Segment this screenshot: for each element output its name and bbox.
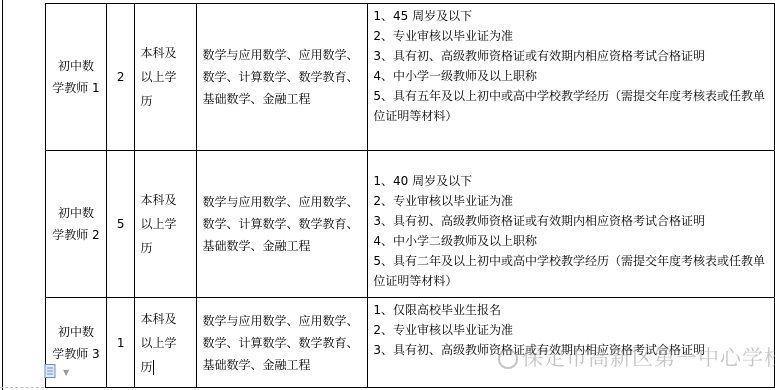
text-cursor: [153, 360, 154, 375]
education-cell[interactable]: 本科及 以上学 历: [135, 4, 197, 151]
majors-line: 数学与应用数学、应用数学、: [202, 310, 367, 332]
education-line: 以上学: [140, 65, 196, 89]
count-cell[interactable]: 1: [106, 298, 135, 388]
education-line: 本科及: [140, 188, 196, 212]
watermark-text: 保定市高新区第一中心学校: [522, 346, 775, 370]
majors-line: 数学、计算数学、数学教育、: [202, 66, 367, 88]
requirement-item: 1、40 周岁及以下: [373, 171, 774, 191]
education-line: 本科及: [140, 41, 196, 65]
table-row: 初中数 学教师 1 2 本科及 以上学 历 数学与应用数学、应用数学、 数学、计…: [46, 4, 775, 151]
position-line: 学教师 3: [46, 343, 106, 365]
majors-line: 基础数学、金融工程: [202, 235, 367, 257]
page-break-line: [0, 387, 44, 389]
requirement-item: 1、45 周岁及以下: [373, 6, 774, 26]
education-line: 历: [140, 236, 196, 260]
majors-line: 基础数学、金融工程: [202, 88, 367, 110]
majors-line: 数学与应用数学、应用数学、: [202, 191, 367, 213]
requirement-item: 4、中小学二级教师及以上职称: [373, 231, 774, 251]
position-line: 初中数: [46, 202, 106, 224]
chevron-down-icon[interactable]: ▼: [63, 368, 69, 377]
majors-line: 数学与应用数学、应用数学、: [202, 44, 367, 66]
requirement-item: 5、具有二年及以上初中或高中学校教学经历（需提交年度考核表或任教单位证明等材料）: [373, 251, 774, 291]
requirement-item: 2、专业审核以毕业证为准: [373, 26, 774, 46]
document-paste-icon[interactable]: [44, 364, 57, 378]
education-cell[interactable]: 本科及 以上学 历: [135, 151, 197, 298]
education-line: 以上学: [140, 331, 196, 355]
requirement-item: 2、专业审核以毕业证为准: [373, 191, 774, 211]
position-line: 学教师 2: [46, 224, 106, 246]
majors-line: 数学、计算数学、数学教育、: [202, 332, 367, 354]
requirement-item: 5、具有五年及以上初中或高中学校教学经历（需提交年度考核表或任教单位证明等材料）: [373, 86, 774, 126]
position-line: 初中数: [46, 55, 106, 77]
majors-cell[interactable]: 数学与应用数学、应用数学、 数学、计算数学、数学教育、 基础数学、金融工程: [197, 298, 368, 388]
requirement-item: 1、仅限高校毕业生报名: [373, 300, 774, 320]
requirement-item: 3、具有初、高级教师资格证或有效期内相应资格考试合格证明: [373, 46, 774, 66]
majors-cell[interactable]: 数学与应用数学、应用数学、 数学、计算数学、数学教育、 基础数学、金融工程: [197, 151, 368, 298]
watermark: 保定市高新区第一中心学校: [498, 342, 775, 372]
requirements-cell[interactable]: 1、40 周岁及以下 2、专业审核以毕业证为准 3、具有初、高级教师资格证或有效…: [368, 151, 775, 298]
position-line: 学教师 1: [46, 77, 106, 99]
position-cell[interactable]: 初中数 学教师 2: [46, 151, 107, 298]
position-line: 初中数: [46, 321, 106, 343]
position-cell[interactable]: 初中数 学教师 1: [46, 4, 107, 151]
count-cell[interactable]: 2: [106, 4, 135, 151]
majors-cell[interactable]: 数学与应用数学、应用数学、 数学、计算数学、数学教育、 基础数学、金融工程: [197, 4, 368, 151]
education-line: 历: [140, 89, 196, 113]
wechat-logo-icon: [498, 349, 518, 369]
education-line: 历: [140, 355, 196, 379]
count-cell[interactable]: 5: [106, 151, 135, 298]
education-line-text: 历: [140, 360, 152, 374]
requirement-item: 3、具有初、高级教师资格证或有效期内相应资格考试合格证明: [373, 211, 774, 231]
education-cell[interactable]: 本科及 以上学 历: [135, 298, 197, 388]
education-line: 本科及: [140, 307, 196, 331]
recruitment-table: 初中数 学教师 1 2 本科及 以上学 历 数学与应用数学、应用数学、 数学、计…: [45, 3, 775, 388]
page-margin-line: [2, 0, 3, 390]
requirement-item: 2、专业审核以毕业证为准: [373, 320, 774, 340]
majors-line: 基础数学、金融工程: [202, 354, 367, 376]
requirement-item: 4、中小学一级教师及以上职称: [373, 66, 774, 86]
requirements-cell[interactable]: 1、45 周岁及以下 2、专业审核以毕业证为准 3、具有初、高级教师资格证或有效…: [368, 4, 775, 151]
table-row: 初中数 学教师 2 5 本科及 以上学 历 数学与应用数学、应用数学、 数学、计…: [46, 151, 775, 298]
education-line: 以上学: [140, 212, 196, 236]
majors-line: 数学、计算数学、数学教育、: [202, 213, 367, 235]
